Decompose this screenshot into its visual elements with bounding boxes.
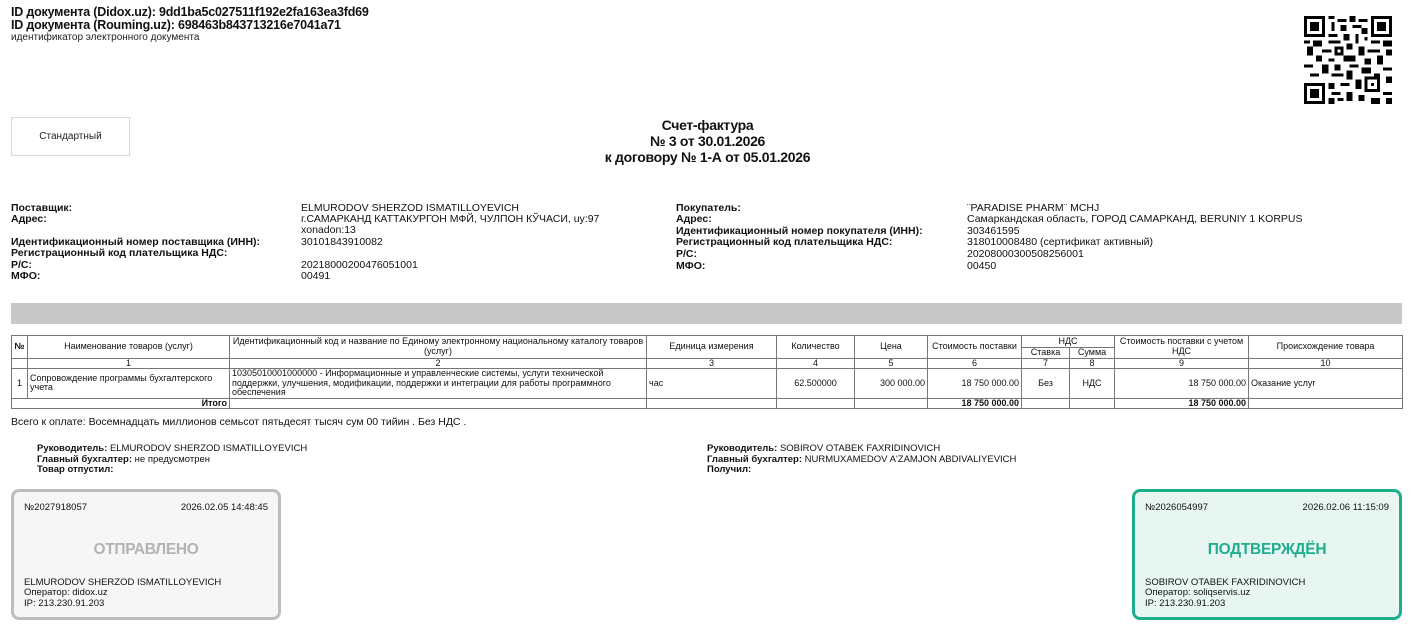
col-number: 5 <box>855 358 928 369</box>
confirmed-stamp-datetime: 2026.02.06 11:15:09 <box>1303 502 1389 513</box>
seller-inn: 30101843910082 <box>301 237 383 249</box>
seller-mfo-label: МФО: <box>11 271 40 283</box>
sent-stamp: №2027918057 2026.02.05 14:48:45 ОТПРАВЛЕ… <box>11 489 281 620</box>
invoice-number-date: № 3 от 30.01.2026 <box>0 133 1415 149</box>
goods-received-label: Получил: <box>707 464 751 475</box>
sent-stamp-ip: IP: 213.230.91.203 <box>24 599 221 610</box>
buyer-director-label: Руководитель: <box>707 443 777 454</box>
cell-qty: 62.500000 <box>777 369 855 399</box>
col-header-origin: Происхождение товара <box>1249 336 1403 359</box>
col-number: 8 <box>1070 358 1115 369</box>
qr-code-icon <box>1304 16 1392 104</box>
totals-label: Итого <box>12 398 230 409</box>
column-numbers-row: 1 2 3 4 5 6 7 8 9 10 <box>12 358 1403 369</box>
col-number: 3 <box>647 358 777 369</box>
cell-vat-rate: Без <box>1022 369 1070 399</box>
totals-total: 18 750 000.00 <box>1115 398 1249 409</box>
buyer-vat-code: 318010008480 (сертификат активный) <box>967 237 1153 249</box>
seller-vat-label: Регистрационный код плательщика НДС: <box>11 248 227 260</box>
confirmed-stamp-status: ПОДТВЕРЖДЁН <box>1145 541 1389 559</box>
cell-no: 1 <box>12 369 28 399</box>
col-header-vat-sum: Сумма <box>1070 348 1115 359</box>
buyer-accountant-label: Главный бухгалтер: <box>707 454 802 465</box>
cell-code: 10305010001000000 - Информационные и упр… <box>230 369 647 399</box>
confirmed-stamp: №2026054997 2026.02.06 11:15:09 ПОДТВЕРЖ… <box>1132 489 1402 620</box>
col-header-cost: Стоимость поставки <box>928 336 1022 359</box>
col-number: 1 <box>28 358 230 369</box>
col-number: 6 <box>928 358 1022 369</box>
document-ids: ID документа (Didox.uz): 9dd1ba5c027511f… <box>11 6 369 43</box>
section-divider-bar <box>11 303 1402 324</box>
col-header-vat-rate: Ставка <box>1022 348 1070 359</box>
col-header-code: Идентификационный код и название по Един… <box>230 336 647 359</box>
col-header-qty: Количество <box>777 336 855 359</box>
totals-row: Итого 18 750 000.00 18 750 000.00 <box>12 398 1403 409</box>
invoice-title-type: Счет-фактура <box>0 117 1415 133</box>
seller-accountant: не предусмотрен <box>135 454 210 465</box>
cell-origin: Оказание услуг <box>1249 369 1403 399</box>
seller-address-label: Адрес: <box>11 214 47 226</box>
seller-director-label: Руководитель: <box>37 443 107 454</box>
invoice-title: Счет-фактура № 3 от 30.01.2026 к договор… <box>0 117 1415 165</box>
seller-signatures: Руководитель: ELMURODOV SHERZOD ISMATILL… <box>37 444 307 476</box>
col-header-unit: Единица измерения <box>647 336 777 359</box>
sent-stamp-status: ОТПРАВЛЕНО <box>24 541 268 559</box>
confirmed-stamp-ip: IP: 213.230.91.203 <box>1145 599 1305 610</box>
buyer-mfo-label: МФО: <box>676 261 705 273</box>
cell-name: Сопровождение программы бухгалтерского у… <box>28 369 230 399</box>
invoice-items-table: № Наименование товаров (услуг) Идентифик… <box>11 335 1403 409</box>
buyer-address: Самаркандская область, ГОРОД САМАРКАНД, … <box>967 214 1303 226</box>
id-caption: идентификатор электронного документа <box>11 32 369 43</box>
seller-accountant-label: Главный бухгалтер: <box>37 454 132 465</box>
col-number: 2 <box>230 358 647 369</box>
seller-address-line2: xonadon:13 <box>301 225 356 237</box>
amount-in-words: Всего к оплате: Восемнадцать миллионов с… <box>11 416 466 428</box>
cell-total: 18 750 000.00 <box>1115 369 1249 399</box>
buyer-mfo: 00450 <box>967 261 996 273</box>
sent-stamp-number: №2027918057 <box>24 502 87 513</box>
col-number: 7 <box>1022 358 1070 369</box>
totals-cost: 18 750 000.00 <box>928 398 1022 409</box>
didox-id-value: 9dd1ba5c027511f192e2fa163ea3fd69 <box>159 5 369 19</box>
col-header-name: Наименование товаров (услуг) <box>28 336 230 359</box>
col-header-price: Цена <box>855 336 928 359</box>
col-number: 9 <box>1115 358 1249 369</box>
rouming-id-value: 698463b843713216e7041a71 <box>178 18 341 32</box>
contract-reference: к договору № 1-А от 05.01.2026 <box>0 149 1415 165</box>
seller-mfo: 00491 <box>301 271 330 283</box>
col-header-total: Стоимость поставки с учетом НДС <box>1115 336 1249 359</box>
sent-stamp-operator: Оператор: didox.uz <box>24 588 221 599</box>
buyer-account-label: Р/С: <box>676 249 697 261</box>
col-header-no: № <box>12 336 28 359</box>
didox-id-label: ID документа (Didox.uz): <box>11 5 156 19</box>
cell-cost: 18 750 000.00 <box>928 369 1022 399</box>
cell-unit: час <box>647 369 777 399</box>
table-header-row: № Наименование товаров (услуг) Идентифик… <box>12 336 1403 348</box>
col-number: 10 <box>1249 358 1403 369</box>
buyer-address-label: Адрес: <box>676 214 712 226</box>
goods-released-label: Товар отпустил: <box>37 464 113 475</box>
buyer-signatures: Руководитель: SOBIROV OTABEK FAXRIDINOVI… <box>707 444 1016 476</box>
sent-stamp-datetime: 2026.02.05 14:48:45 <box>181 502 268 513</box>
confirmed-stamp-number: №2026054997 <box>1145 502 1208 513</box>
confirmed-stamp-operator: Оператор: soliqservis.uz <box>1145 588 1305 599</box>
seller-director: ELMURODOV SHERZOD ISMATILLOYEVICH <box>110 443 307 454</box>
buyer-director: SOBIROV OTABEK FAXRIDINOVICH <box>780 443 940 454</box>
col-header-vat: НДС <box>1022 336 1115 348</box>
buyer-vat-label: Регистрационный код плательщика НДС: <box>676 237 892 249</box>
table-row: 1 Сопровождение программы бухгалтерского… <box>12 369 1403 399</box>
buyer-accountant: NURMUXAMEDOV A'ZAMJON ABDIVALIYEVICH <box>805 454 1017 465</box>
cell-price: 300 000.00 <box>855 369 928 399</box>
buyer-account: 20208000300508256001 <box>967 249 1084 261</box>
col-number: 4 <box>777 358 855 369</box>
cell-vat-sum: НДС <box>1070 369 1115 399</box>
rouming-id-label: ID документа (Rouming.uz): <box>11 18 175 32</box>
rouming-id-line: ID документа (Rouming.uz): 698463b843713… <box>11 19 369 32</box>
